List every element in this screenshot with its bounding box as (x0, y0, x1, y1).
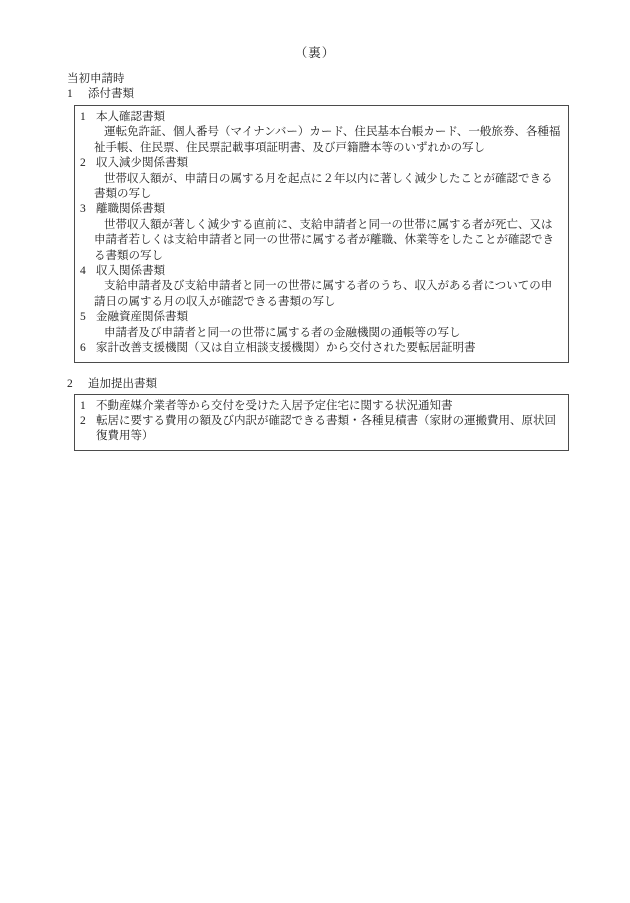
section-1-heading: 1添付書類 (67, 87, 570, 102)
item-body: 世帯収入額が、申請日の属する月を起点に２年以内に著しく減少したことが確認できる書… (75, 172, 562, 203)
item-number: 1 (80, 399, 86, 414)
attached-documents-box: 1本人確認書類 運転免許証、個人番号（マイナンバー）カード、住民基本台帳カード、… (74, 105, 569, 363)
item-number: 4 (80, 264, 86, 279)
item-body: 支給申請者及び支給申請者と同一の世帯に属する者のうち、収入がある者についての申請… (75, 279, 562, 310)
list-item: 2収入減少関係書類 世帯収入額が、申請日の属する月を起点に２年以内に著しく減少し… (75, 156, 562, 202)
item-number: 2 (80, 156, 86, 171)
list-item: 5金融資産関係書類 申請者及び申請者と同一の世帯に属する者の金融機関の通帳等の写… (75, 310, 562, 341)
item-number: 2 (80, 414, 86, 429)
section-heading-label: 添付書類 (88, 88, 134, 100)
timing-label: 当初申請時 (67, 72, 570, 87)
page-title: （裏） (0, 0, 630, 61)
item-number: 3 (80, 202, 86, 217)
item-title: 離職関係書類 (96, 203, 165, 215)
section-number: 1 (67, 87, 88, 102)
list-item: 1不動産媒介業者等から交付を受けた入居予定住宅に関する状況通知書 (75, 399, 562, 414)
additional-documents-box: 1不動産媒介業者等から交付を受けた入居予定住宅に関する状況通知書 2転居に要する… (74, 394, 569, 451)
item-title: 家計改善支援機関（又は自立相談支援機関）から交付された要転居証明書 (96, 342, 476, 354)
item-title: 金融資産関係書類 (96, 311, 188, 323)
document-page: （裏） 当初申請時 1添付書類 1本人確認書類 運転免許証、個人番号（マイナンバ… (0, 0, 630, 903)
document-body: 当初申請時 1添付書類 1本人確認書類 運転免許証、個人番号（マイナンバー）カー… (67, 72, 570, 451)
list-item: 3離職関係書類 世帯収入額が著しく減少する直前に、支給申請者と同一の世帯に属する… (75, 202, 562, 264)
item-number: 5 (80, 310, 86, 325)
section-number: 2 (67, 377, 88, 392)
list-item: 6家計改善支援機関（又は自立相談支援機関）から交付された要転居証明書 (75, 341, 562, 356)
section-heading-label: 追加提出書類 (88, 378, 157, 390)
item-body: 運転免許証、個人番号（マイナンバー）カード、住民基本台帳カード、一般旅券、各種福… (75, 125, 562, 156)
item-body: 申請者及び申請者と同一の世帯に属する者の金融機関の通帳等の写し (75, 326, 562, 341)
item-number: 1 (80, 110, 86, 125)
list-item: 2転居に要する費用の額及び内訳が確認できる書類・各種見積書（家財の運搬費用、原状… (75, 414, 562, 445)
list-item: 1本人確認書類 運転免許証、個人番号（マイナンバー）カード、住民基本台帳カード、… (75, 110, 562, 156)
item-title: 収入減少関係書類 (96, 157, 188, 169)
item-title: 本人確認書類 (96, 111, 165, 123)
item-title: 収入関係書類 (96, 265, 165, 277)
section-2-heading: 2追加提出書類 (67, 377, 570, 392)
item-title: 不動産媒介業者等から交付を受けた入居予定住宅に関する状況通知書 (96, 400, 453, 412)
item-number: 6 (80, 341, 86, 356)
item-title: 転居に要する費用の額及び内訳が確認できる書類・各種見積書（家財の運搬費用、原状回… (96, 415, 556, 442)
list-item: 4収入関係書類 支給申請者及び支給申請者と同一の世帯に属する者のうち、収入がある… (75, 264, 562, 310)
item-body: 世帯収入額が著しく減少する直前に、支給申請者と同一の世帯に属する者が死亡、又は申… (75, 218, 562, 264)
